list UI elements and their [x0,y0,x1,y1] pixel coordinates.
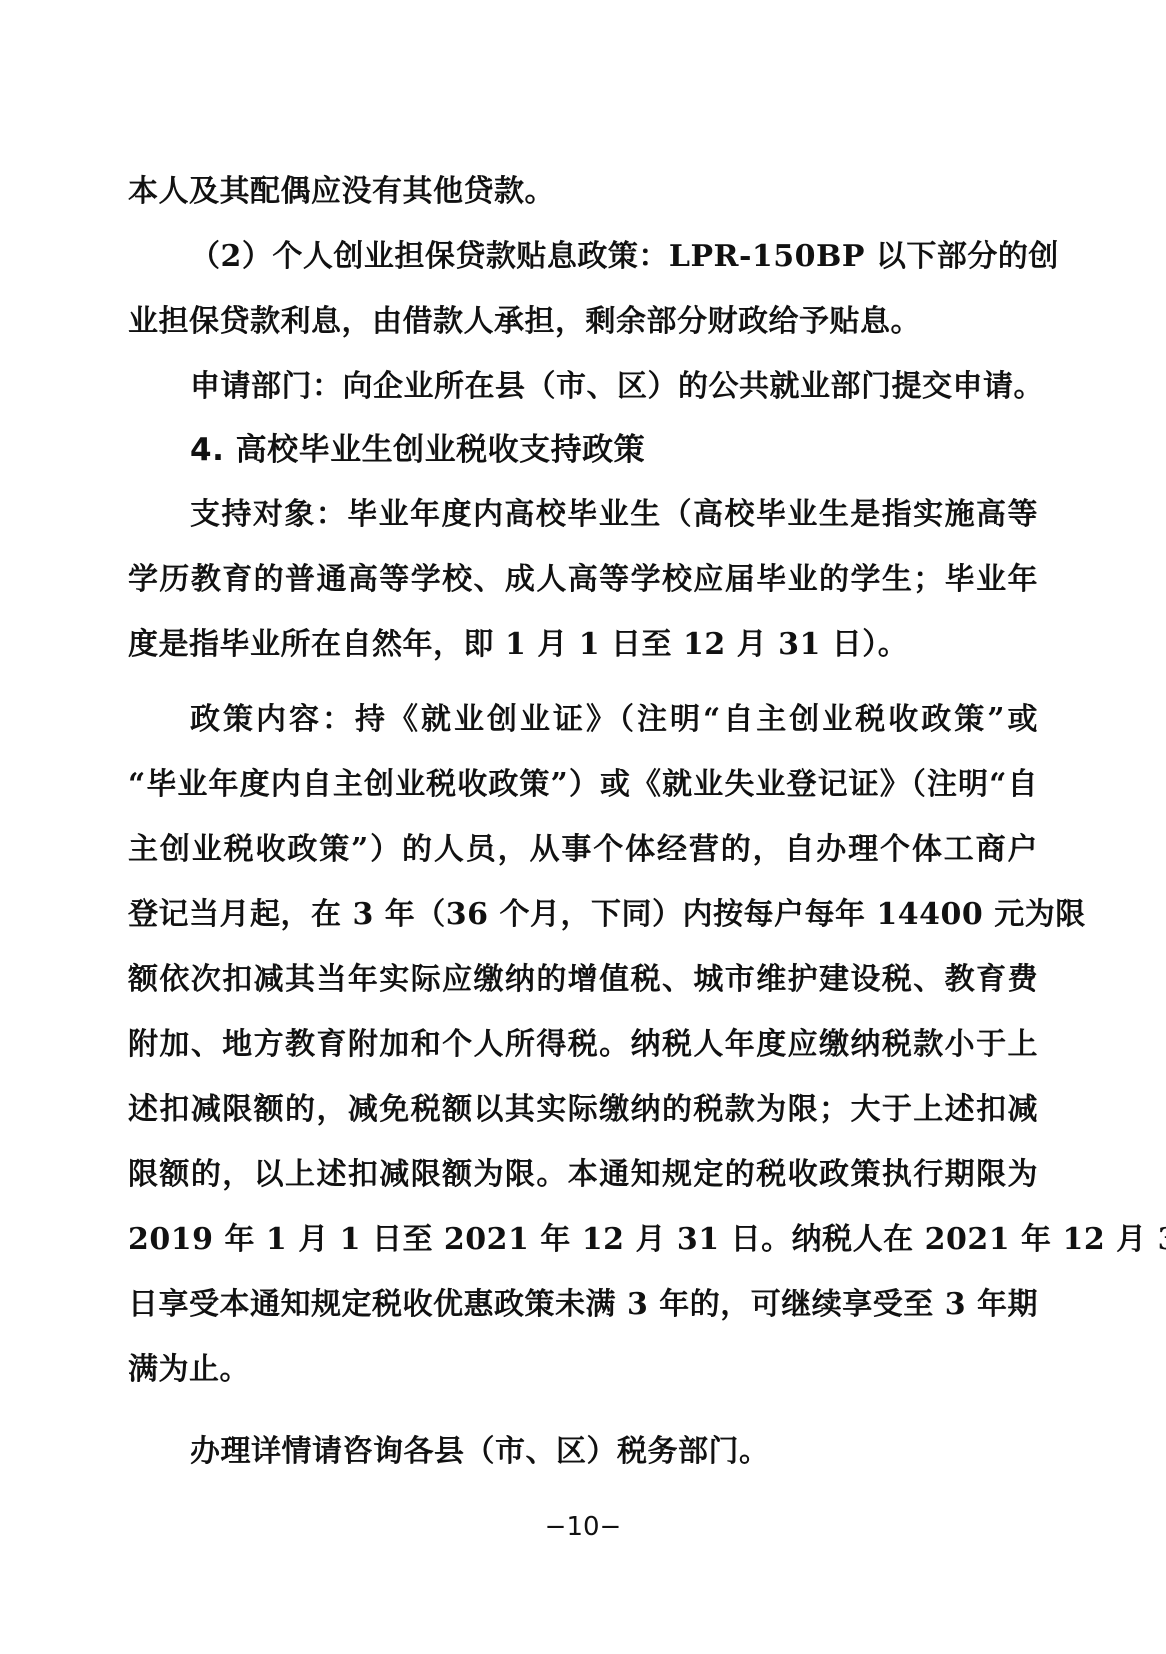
text-line: 申请部门：向企业所在县（市、区）的公共就业部门提交申请。 [190,367,1038,407]
text-line: （2）个人创业担保贷款贴息政策：LPR-150BP 以下部分的创 [190,237,1038,277]
text-line: 附加、地方教育附加和个人所得税。纳税人年度应缴纳税款小于上 [128,1025,1038,1065]
text-line: 度是指毕业所在自然年，即 1 月 1 日至 12 月 31 日）。 [128,625,1038,665]
text-line: 日享受本通知规定税收优惠政策未满 3 年的，可继续享受至 3 年期 [128,1285,1038,1325]
text-line: 业担保贷款利息，由借款人承担，剩余部分财政给予贴息。 [128,302,1038,342]
text-line: 办理详情请咨询各县（市、区）税务部门。 [190,1432,1038,1472]
text-line: 满为止。 [128,1350,1038,1390]
page-number: −10− [0,1512,1166,1542]
section-heading: 4. 高校毕业生创业税收支持政策 [190,430,1038,470]
text-line: 主创业税收政策”）的人员，从事个体经营的，自办理个体工商户 [128,830,1038,870]
text-line: 2019 年 1 月 1 日至 2021 年 12 月 31 日。纳税人在 20… [128,1220,1038,1260]
text-line: 登记当月起，在 3 年（36 个月，下同）内按每户每年 14400 元为限 [128,895,1038,935]
text-line: 限额的，以上述扣减限额为限。本通知规定的税收政策执行期限为 [128,1155,1038,1195]
document-page: 本人及其配偶应没有其他贷款。（2）个人创业担保贷款贴息政策：LPR-150BP … [0,0,1166,1654]
text-line: “毕业年度内自主创业税收政策”）或《就业失业登记证》（注明“自 [128,765,1038,805]
text-line: 学历教育的普通高等学校、成人高等学校应届毕业的学生；毕业年 [128,560,1038,600]
text-line: 述扣减限额的，减免税额以其实际缴纳的税款为限；大于上述扣减 [128,1090,1038,1130]
text-line: 政策内容：持《就业创业证》（注明“自主创业税收政策”或 [190,700,1038,740]
text-line: 支持对象：毕业年度内高校毕业生（高校毕业生是指实施高等 [190,495,1038,535]
text-line: 本人及其配偶应没有其他贷款。 [128,172,1038,212]
text-line: 额依次扣减其当年实际应缴纳的增值税、城市维护建设税、教育费 [128,960,1038,1000]
